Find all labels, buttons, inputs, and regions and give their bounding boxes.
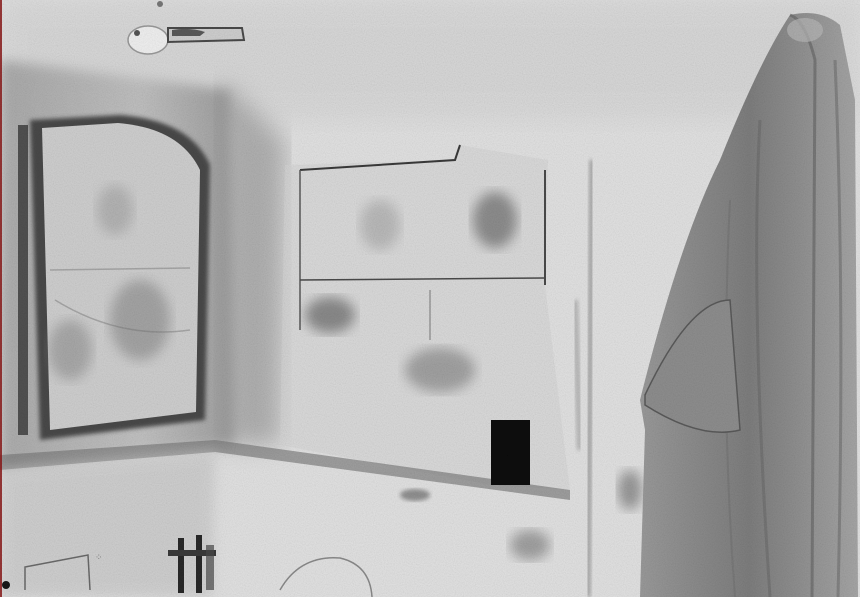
bathroom-photo: Grainy black-and-white photograph of a s… (0, 0, 860, 597)
mirror (18, 115, 210, 440)
svg-text:⁘: ⁘ (95, 553, 103, 563)
dark-opening (491, 420, 530, 485)
